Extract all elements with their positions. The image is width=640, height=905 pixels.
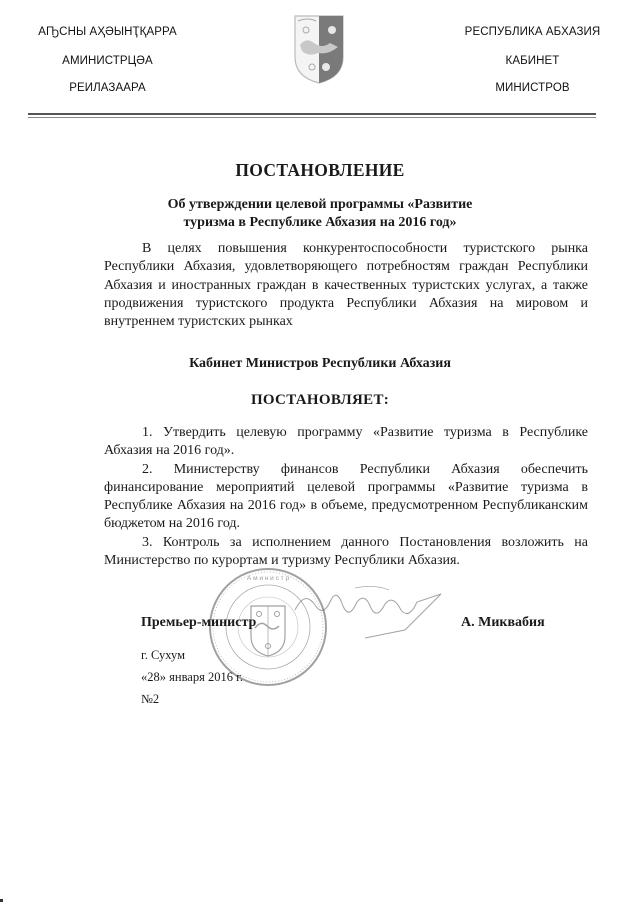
subtitle-line-1: Об утверждении целевой программы «Развит… [120,196,520,214]
header-right-line-3: МИНИСТРОВ [425,82,640,94]
document-city: г. Сухум [141,648,185,663]
decree-item-2: 2. Министерству финансов Республики Абха… [104,461,588,534]
decree-item-1: 1. Утвердить целевую программу «Развитие… [104,424,588,461]
header-left-line-1: АҦСНЫ АҲӘЫНҬҚАРРА [0,26,215,38]
header-right-line-2: КАБИНЕТ [425,55,640,67]
document-title: ПОСТАНОВЛЕНИЕ [0,160,640,181]
abkhazia-coat-of-arms-icon [292,13,346,85]
signatory-name: А. Миквабия [461,615,545,631]
subtitle-line-2: туризма в Республике Абхазия на 2016 год… [120,214,520,232]
decree-heading: ПОСТАНОВЛЯЕТ: [0,392,640,409]
scan-artifact [0,899,3,902]
header-divider-thin [28,117,596,118]
document-subtitle: Об утверждении целевой программы «Развит… [120,196,520,232]
header-right-line-1: РЕСПУБЛИКА АБХАЗИЯ [425,26,640,38]
preamble-text: В целях повышения конкурентоспособности … [104,240,588,331]
issuing-authority: Кабинет Министров Республики Абхазия [0,356,640,372]
decree-items: 1. Утвердить целевую программу «Развитие… [104,424,588,570]
document-number: №2 [141,692,159,707]
decree-item-3: 3. Контроль за исполнением данного Поста… [104,534,588,571]
seal-text: А м и н и с т р [247,575,290,582]
document-date: «28» января 2016 г. [141,670,243,685]
header-left-line-2: АМИНИСТРЦӘА [0,55,215,67]
handwritten-signature-icon [285,580,445,640]
header-divider-thick [28,113,596,115]
signatory-role: Премьер-министр [141,615,256,631]
header-left-line-3: РЕИЛАЗААРА [0,82,215,94]
preamble-paragraph: В целях повышения конкурентоспособности … [104,240,588,331]
